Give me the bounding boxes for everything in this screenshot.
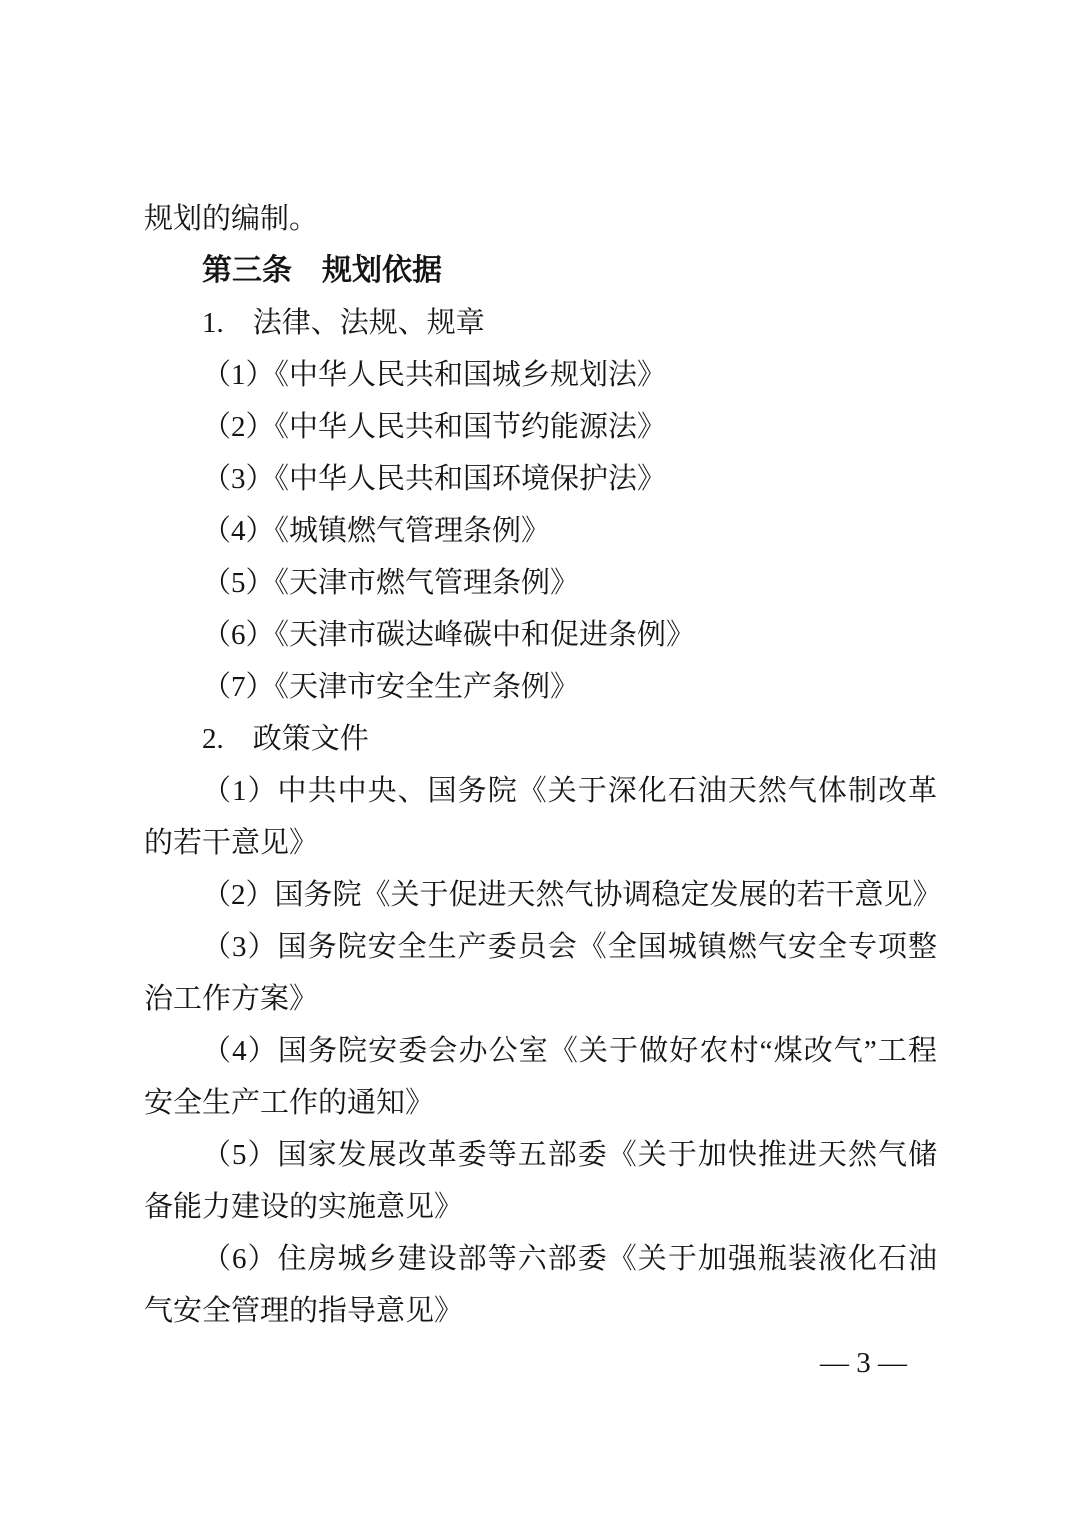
law-item-2: （2）《中华人民共和国节约能源法》 bbox=[144, 401, 937, 453]
law-item-3: （3）《中华人民共和国环境保护法》 bbox=[144, 453, 937, 505]
policy-item-1: （1）中共中央、国务院《关于深化石油天然气体制改革的若干意见》 bbox=[144, 765, 937, 869]
law-item-4: （4）《城镇燃气管理条例》 bbox=[144, 505, 937, 557]
page-number: — 3 — bbox=[144, 1337, 937, 1389]
subsection-2-title: 2. 政策文件 bbox=[144, 713, 937, 765]
document-body: 规划的编制。 第三条 规划依据 1. 法律、法规、规章 （1）《中华人民共和国城… bbox=[144, 193, 937, 1337]
law-item-6: （6）《天津市碳达峰碳中和促进条例》 bbox=[144, 609, 937, 661]
law-item-5: （5）《天津市燃气管理条例》 bbox=[144, 557, 937, 609]
paragraph-continuation: 规划的编制。 bbox=[144, 193, 937, 245]
policy-item-4: （4）国务院安委会办公室《关于做好农村“煤改气”工程安全生产工作的通知》 bbox=[144, 1025, 937, 1129]
subsection-1-title: 1. 法律、法规、规章 bbox=[144, 297, 937, 349]
law-item-1: （1）《中华人民共和国城乡规划法》 bbox=[144, 349, 937, 401]
law-item-7: （7）《天津市安全生产条例》 bbox=[144, 661, 937, 713]
policy-item-2: （2）国务院《关于促进天然气协调稳定发展的若干意见》 bbox=[144, 869, 937, 921]
policy-item-6: （6）住房城乡建设部等六部委《关于加强瓶装液化石油气安全管理的指导意见》 bbox=[144, 1233, 937, 1337]
document-page: 规划的编制。 第三条 规划依据 1. 法律、法规、规章 （1）《中华人民共和国城… bbox=[0, 0, 1074, 1520]
section-heading: 第三条 规划依据 bbox=[144, 245, 937, 297]
policy-item-5: （5）国家发展改革委等五部委《关于加快推进天然气储备能力建设的实施意见》 bbox=[144, 1129, 937, 1233]
policy-item-3: （3）国务院安全生产委员会《全国城镇燃气安全专项整治工作方案》 bbox=[144, 921, 937, 1025]
